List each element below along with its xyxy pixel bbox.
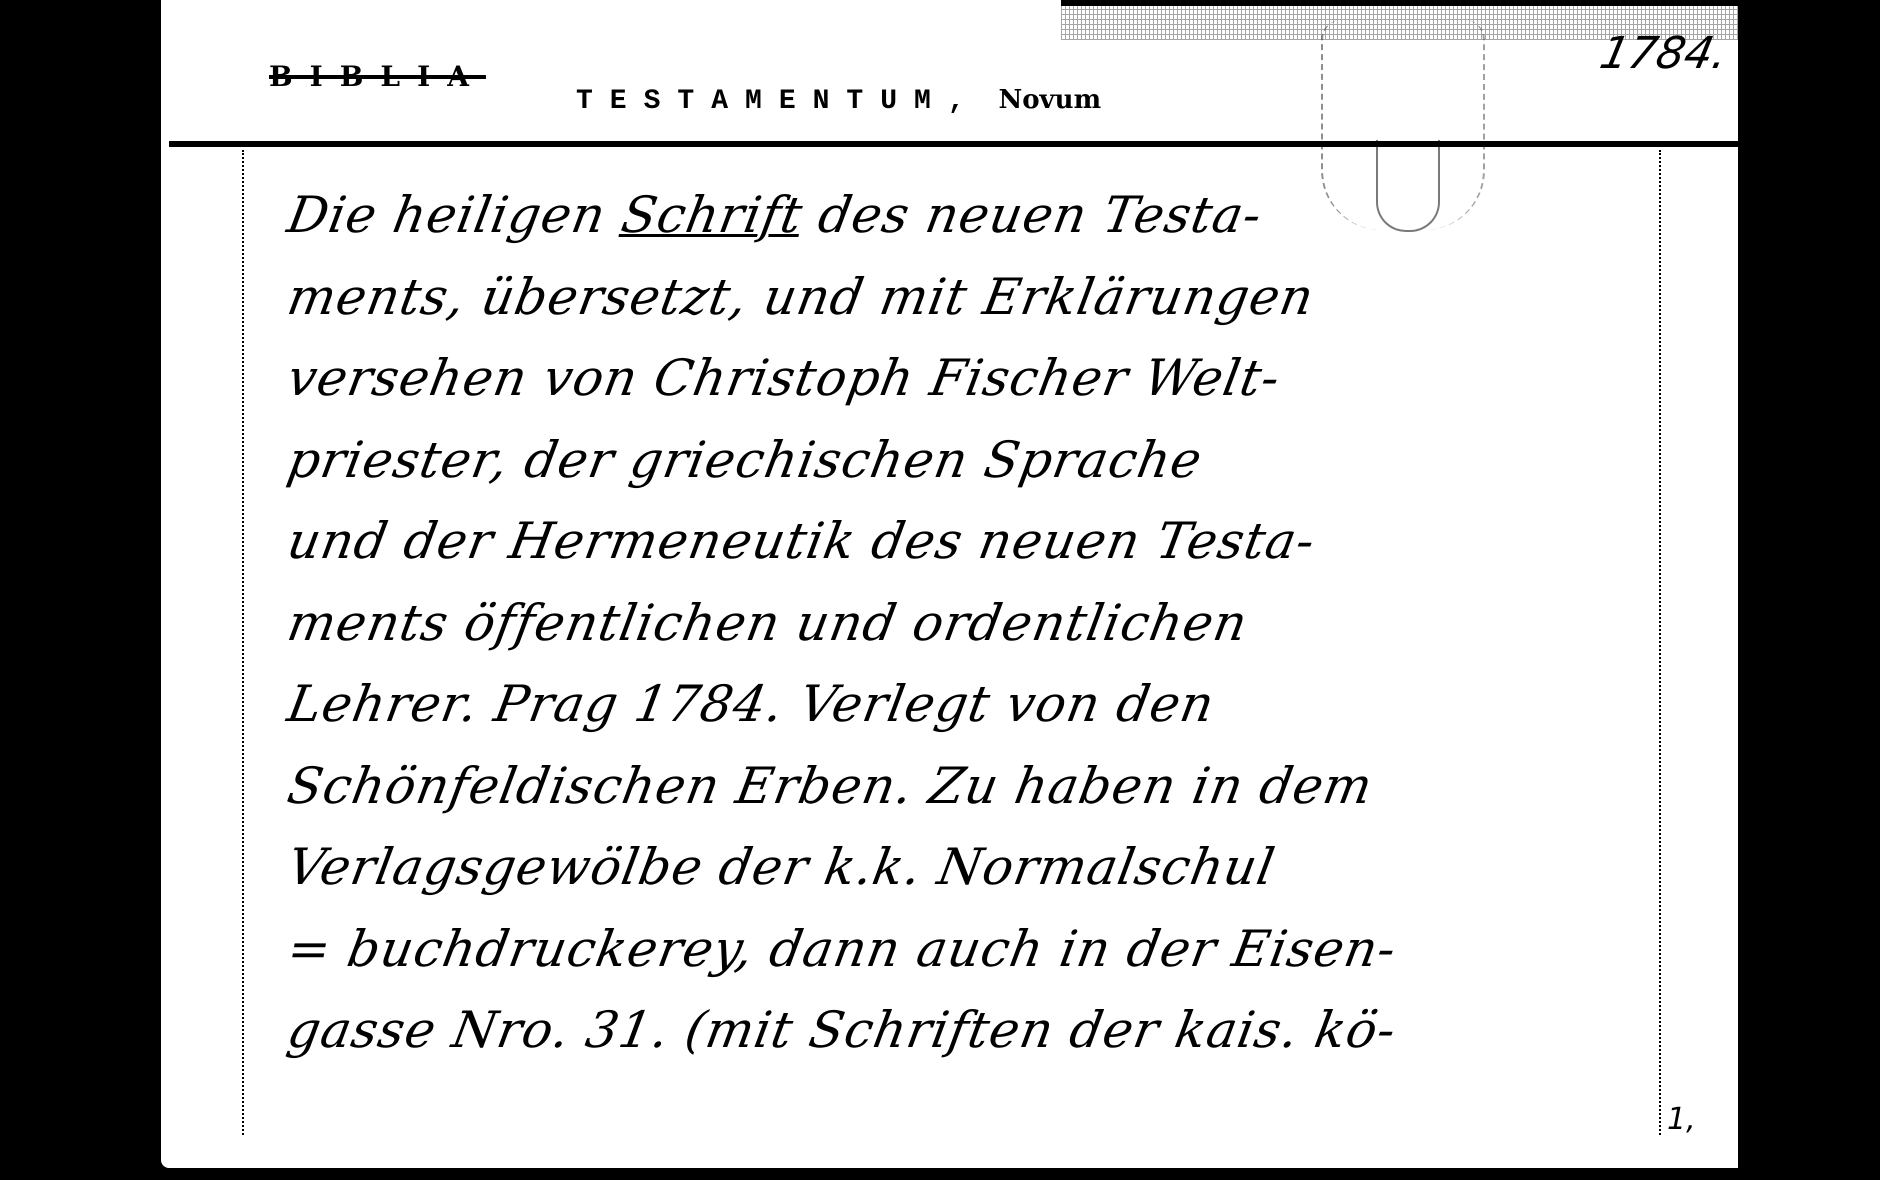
handwritten-line: ments, übersetzt, und mit Erklärungen [281,257,1785,339]
handwritten-line: = buchdruckerey, dann auch in der Eisen- [281,909,1785,991]
line-text: versehen von Christoph Fischer Welt- [283,349,1285,407]
handwritten-body: Die heiligen Schrift des neuen Testa-men… [281,175,1771,1072]
handwritten-line: priester, der griechischen Sprache [281,420,1785,502]
handwritten-line: versehen von Christoph Fischer Welt- [281,338,1785,420]
handwritten-line: und der Hermeneutik des neuen Testa- [281,501,1785,583]
line-text: priester, der griechischen Sprache [283,431,1207,489]
line-text: und der Hermeneutik des neuen Testa- [283,512,1320,570]
underlined-word: Schrift [617,186,807,244]
line-text: ments, übersetzt, und mit Erklärungen [283,268,1319,326]
handwritten-line: Schönfeldischen Erben. Zu haben in dem [281,746,1785,828]
struck-heading: BIBLIA [269,60,486,93]
heading-sub: Novum [998,85,1101,115]
card-heading: TESTAMENTUM, Novum [576,85,1101,117]
line-text: Lehrer. Prag 1784. Verlegt von den [283,675,1219,733]
handwritten-line: Die heiligen Schrift des neuen Testa- [281,175,1785,257]
left-margin-line [242,150,244,1135]
corner-annotation: 1, [1667,1102,1696,1137]
heading-main: TESTAMENTUM, [576,86,982,117]
line-text: Verlagsgewölbe der k.k. Normalschul [283,838,1279,896]
line-text: Die heiligen [283,186,627,244]
catalog-card: BIBLIA TESTAMENTUM, Novum 1784. Die heil… [161,0,1738,1168]
header-rule [169,141,1738,147]
line-text: ments öffentlichen und ordentlichen [283,594,1252,652]
handwritten-line: ments öffentlichen und ordentlichen [281,583,1785,665]
line-text: = buchdruckerey, dann auch in der Eisen- [283,920,1401,978]
year-annotation: 1784. [1596,28,1733,79]
line-text: des neuen Testa- [797,186,1266,244]
handwritten-line: gasse Nro. 31. (mit Schriften der kais. … [281,990,1785,1072]
handwritten-line: Lehrer. Prag 1784. Verlegt von den [281,664,1785,746]
handwritten-line: Verlagsgewölbe der k.k. Normalschul [281,827,1785,909]
line-text: Schönfeldischen Erben. Zu haben in dem [283,757,1377,815]
line-text: gasse Nro. 31. (mit Schriften der kais. … [283,1001,1401,1059]
